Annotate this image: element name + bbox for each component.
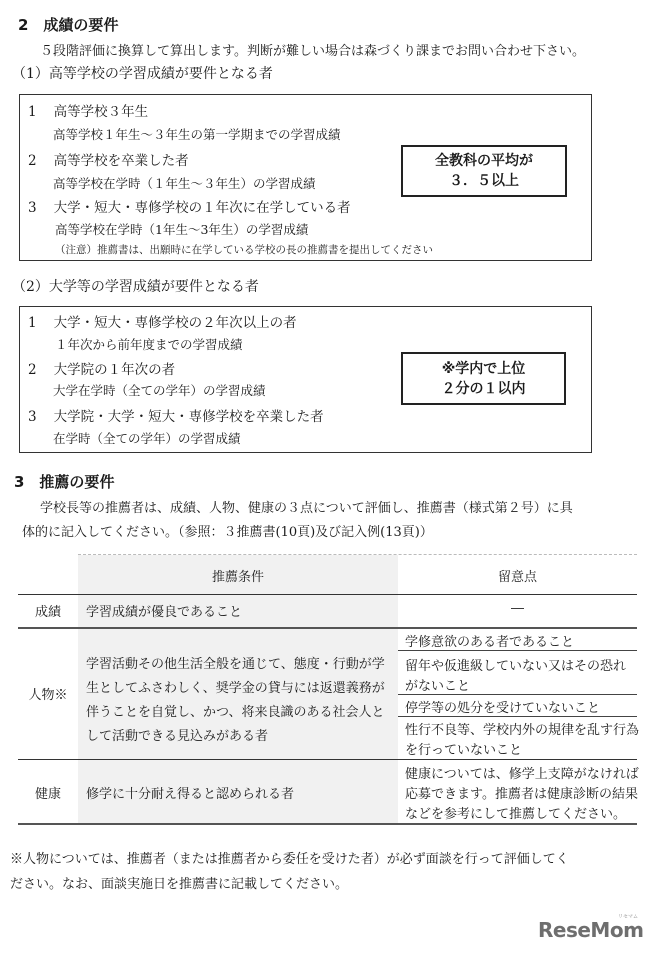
section-2-heading: 2 成績の要件 [18, 14, 118, 35]
note-divider [398, 694, 637, 695]
section-3-intro-line2: 体的に記入してください。（参照：３推薦書(10頁)及び記入例(13頁)） [22, 521, 433, 540]
row-label-grades: 成績 [18, 601, 78, 620]
character-note-4-line2: を行っていないこと [405, 739, 522, 758]
univ-item-1: 1大学・短大・専修学校の２年次以上の者 [28, 311, 297, 331]
hs-item-1: 1高等学校３年生 [28, 100, 148, 120]
row-label-character: 人物※ [18, 684, 78, 703]
item-label: 大学院の１年次の者 [54, 362, 176, 378]
row-character-condition-line: 学習活動その他生活全般を通じて、態度・行動が学 [86, 653, 385, 672]
univ-item-1-detail: １年次から前年度までの学習成績 [55, 335, 243, 353]
footnote-line2: ださい。なお、面談実施日を推薦書に記載してください。 [10, 873, 348, 892]
section-3-heading: 3 推薦の要件 [14, 471, 114, 492]
health-note-line2: 応募できます。推薦者は健康診断の結果 [405, 783, 638, 802]
subsection-1-title: （1）高等学校の学習成績が要件となる者 [12, 63, 273, 83]
row-health-condition: 修学に十分耐え得ると認められる者 [86, 783, 294, 802]
character-note-4-line1: 性行不良等、学校内外の規律を乱す行為 [405, 719, 639, 738]
hs-caution: （注意）推薦書は、出願時に在学している学校の長の推薦書を提出してください [55, 242, 433, 257]
item-number: 3 [28, 409, 37, 425]
item-number: 1 [28, 315, 37, 331]
row-character-condition-line: 伴うことを自覚し、かつ、将来良識のある社会人と [86, 701, 384, 720]
item-label: 大学・短大・専修学校の１年次に在学している者 [54, 200, 351, 216]
hs-criteria-line1: 全教科の平均が [435, 151, 533, 171]
row-label-health: 健康 [18, 783, 78, 802]
univ-criteria-box: ※学内で上位 ２分の１以内 [401, 352, 566, 405]
subsection-2-title: （2）大学等の学習成績が要件となる者 [12, 276, 259, 296]
item-number: 3 [28, 200, 37, 216]
hs-item-2: 2高等学校を卒業した者 [28, 149, 189, 169]
character-note-2-line2: がないこと [405, 675, 470, 694]
health-note-line3: などを参考にして推薦してください。 [405, 803, 626, 822]
table-bottom-border [18, 823, 637, 825]
health-note-line1: 健康については、修学上支障がなければ [405, 763, 639, 782]
hs-item-3: 3大学・短大・専修学校の１年次に在学している者 [28, 196, 351, 216]
univ-criteria-line1: ※学内で上位 [442, 359, 526, 379]
footnote-line1: ※人物については、推薦者（または推薦者から委任を受けた者）が必ず面談を行って評価… [10, 848, 569, 867]
character-note-2-line1: 留年や仮進級していない又はその恐れ [405, 655, 626, 674]
table-top-border [78, 554, 637, 555]
resemom-logo-sub: リセマム [618, 913, 638, 920]
item-label: 大学・短大・専修学校の２年次以上の者 [54, 315, 297, 331]
row-grades-condition: 学習成績が優良であること [86, 601, 242, 620]
item-label: 大学院・大学・短大・専修学校を卒業した者 [54, 409, 324, 425]
note-divider [398, 650, 637, 651]
hs-item-2-detail: 高等学校在学時（１年生～３年生）の学習成績 [53, 174, 316, 192]
item-label: 高等学校３年生 [54, 104, 149, 120]
item-number: 2 [28, 362, 37, 378]
univ-item-2-detail: 大学在学時（全ての学年）の学習成績 [53, 381, 266, 399]
item-number: 2 [28, 153, 37, 169]
note-divider [398, 716, 637, 717]
row-character-condition-line: 生としてふさわしく、奨学金の貸与には返還義務が [86, 677, 385, 696]
hs-criteria-box: 全教科の平均が ３．５以上 [401, 145, 567, 197]
resemom-logo: ReseMom [538, 918, 643, 942]
univ-criteria-line2: ２分の１以内 [442, 379, 526, 399]
row-divider [18, 627, 637, 629]
section-2-intro: ５段階評価に換算して算出します。判断が難しい場合は森づくり課までお問い合わせ下さ… [40, 40, 585, 59]
header-notes: 留意点 [398, 566, 637, 585]
row-character-condition-line: して活動できる見込みがある者 [86, 725, 268, 744]
univ-item-3: 3大学院・大学・短大・専修学校を卒業した者 [28, 405, 324, 425]
hs-item-3-detail: 高等学校在学時（1年生～3年生）の学習成績 [55, 220, 308, 238]
section-3-intro-line1: 学校長等の推薦者は、成績、人物、健康の３点について評価し、推薦書（様式第２号）に… [40, 497, 573, 516]
item-number: 1 [28, 104, 37, 120]
character-note-3: 停学等の処分を受けていないこと [405, 697, 600, 716]
univ-item-3-detail: 在学時（全ての学年）の学習成績 [53, 429, 241, 447]
row-grades-notes: ― [398, 601, 637, 616]
header-bottom-border [18, 594, 637, 595]
univ-item-2: 2大学院の１年次の者 [28, 358, 175, 378]
header-conditions: 推薦条件 [78, 566, 398, 585]
row-divider [18, 759, 637, 760]
hs-criteria-line2: ３．５以上 [449, 171, 519, 191]
hs-item-1-detail: 高等学校１年生～３年生の第一学期までの学習成績 [53, 125, 341, 143]
item-label: 高等学校を卒業した者 [54, 153, 189, 169]
character-note-1: 学修意欲のある者であること [405, 631, 574, 650]
